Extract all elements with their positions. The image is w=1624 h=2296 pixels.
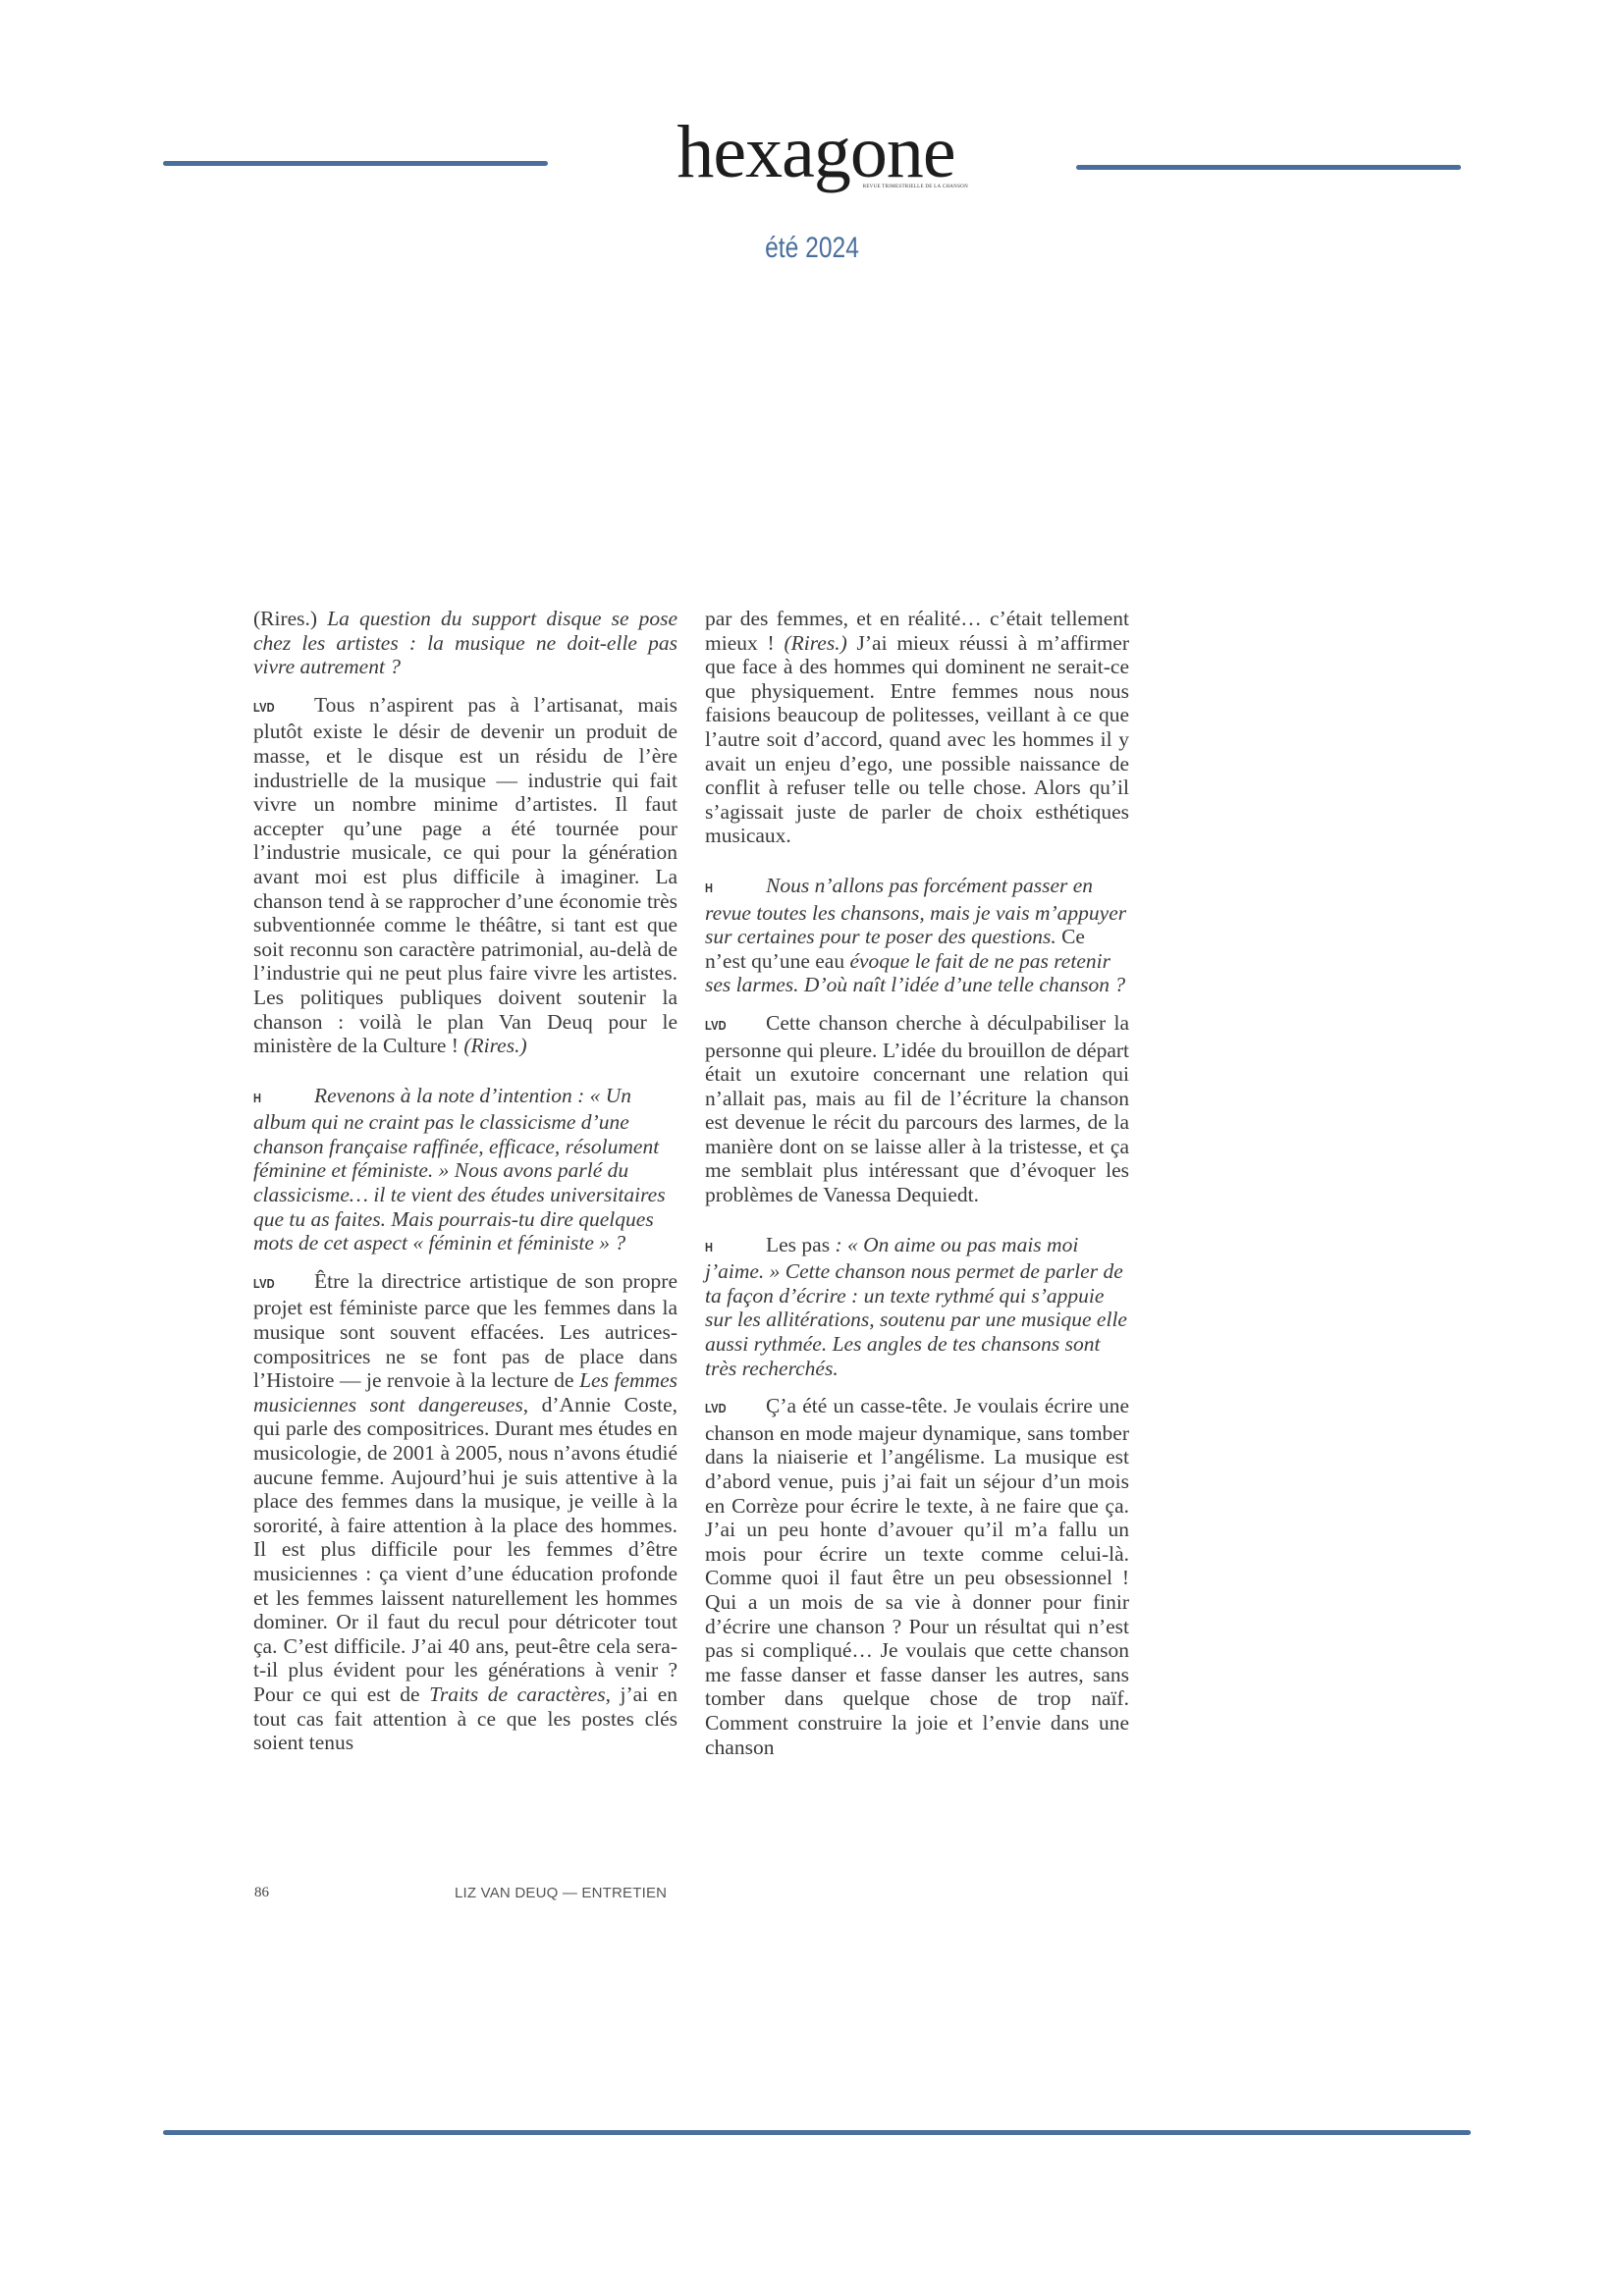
- answer-paragraph: LVDÇ’a été un casse-tête. Je voulais écr…: [705, 1394, 1129, 1759]
- answer-text: Tous n’aspirent pas à l’artisanat, mais …: [253, 693, 677, 1057]
- article-column-left: (Rires.) La question du support disque s…: [253, 607, 677, 1755]
- answer-paragraph: LVDTous n’aspirent pas à l’artisanat, ma…: [253, 693, 677, 1058]
- answer-paragraph: LVDÊtre la directrice artistique de son …: [253, 1269, 677, 1755]
- magazine-logo: hexagone REVUE TRIMESTRIELLE DE LA CHANS…: [654, 120, 978, 198]
- answer-paragraph: LVDCette chanson cherche à déculpabilise…: [705, 1011, 1129, 1207]
- speaker-tag-lvd: LVD: [705, 1014, 757, 1039]
- question-paragraph: HNous n’allons pas forcément passer en r…: [705, 874, 1129, 997]
- aside-text: (Rires.): [253, 607, 327, 630]
- running-title: LIZ VAN DEUQ — ENTRETIEN: [455, 1885, 667, 1901]
- logo-subtitle: REVUE TRIMESTRIELLE DE LA CHANSON: [863, 185, 968, 189]
- logo-wordmark: hexagone: [654, 120, 978, 185]
- aside-text: (Rires.): [784, 631, 846, 655]
- page-number: 86: [254, 1885, 269, 1901]
- album-title: Traits de caractères: [429, 1682, 606, 1706]
- aside-text: (Rires.): [463, 1034, 526, 1057]
- answer-text: , d’Annie Coste, qui parle des compositr…: [253, 1393, 677, 1706]
- speaker-tag-lvd: LVD: [705, 1397, 757, 1421]
- issue-date: été 2024: [146, 232, 1478, 265]
- question-paragraph: HRevenons à la note d’intention : « Un a…: [253, 1084, 677, 1255]
- question-paragraph: HLes pas : « On aime ou pas mais moi j’a…: [705, 1233, 1129, 1381]
- question-paragraph: (Rires.) La question du support disque s…: [253, 607, 677, 679]
- answer-text: Cette chanson cherche à déculpabiliser l…: [705, 1011, 1129, 1206]
- answer-paragraph: par des femmes, et en réalité… c’était t…: [705, 607, 1129, 848]
- header-rule-right: [1076, 165, 1461, 170]
- answer-text: J’ai mieux réussi à m’affirmer que face …: [705, 631, 1129, 848]
- song-title: Les pas: [766, 1233, 830, 1256]
- speaker-tag-h: H: [705, 877, 757, 901]
- footer-rule: [163, 2130, 1471, 2135]
- question-text: Revenons à la note d’intention : « Un al…: [253, 1084, 666, 1255]
- answer-text: Ç’a été un casse-tête. Je voulais écrire…: [705, 1394, 1129, 1758]
- header-rule-left: [163, 161, 548, 166]
- speaker-tag-lvd: LVD: [253, 696, 305, 721]
- speaker-tag-lvd: LVD: [253, 1272, 305, 1297]
- speaker-tag-h: H: [705, 1236, 757, 1260]
- article-column-right: par des femmes, et en réalité… c’était t…: [705, 607, 1129, 1759]
- speaker-tag-h: H: [253, 1087, 305, 1111]
